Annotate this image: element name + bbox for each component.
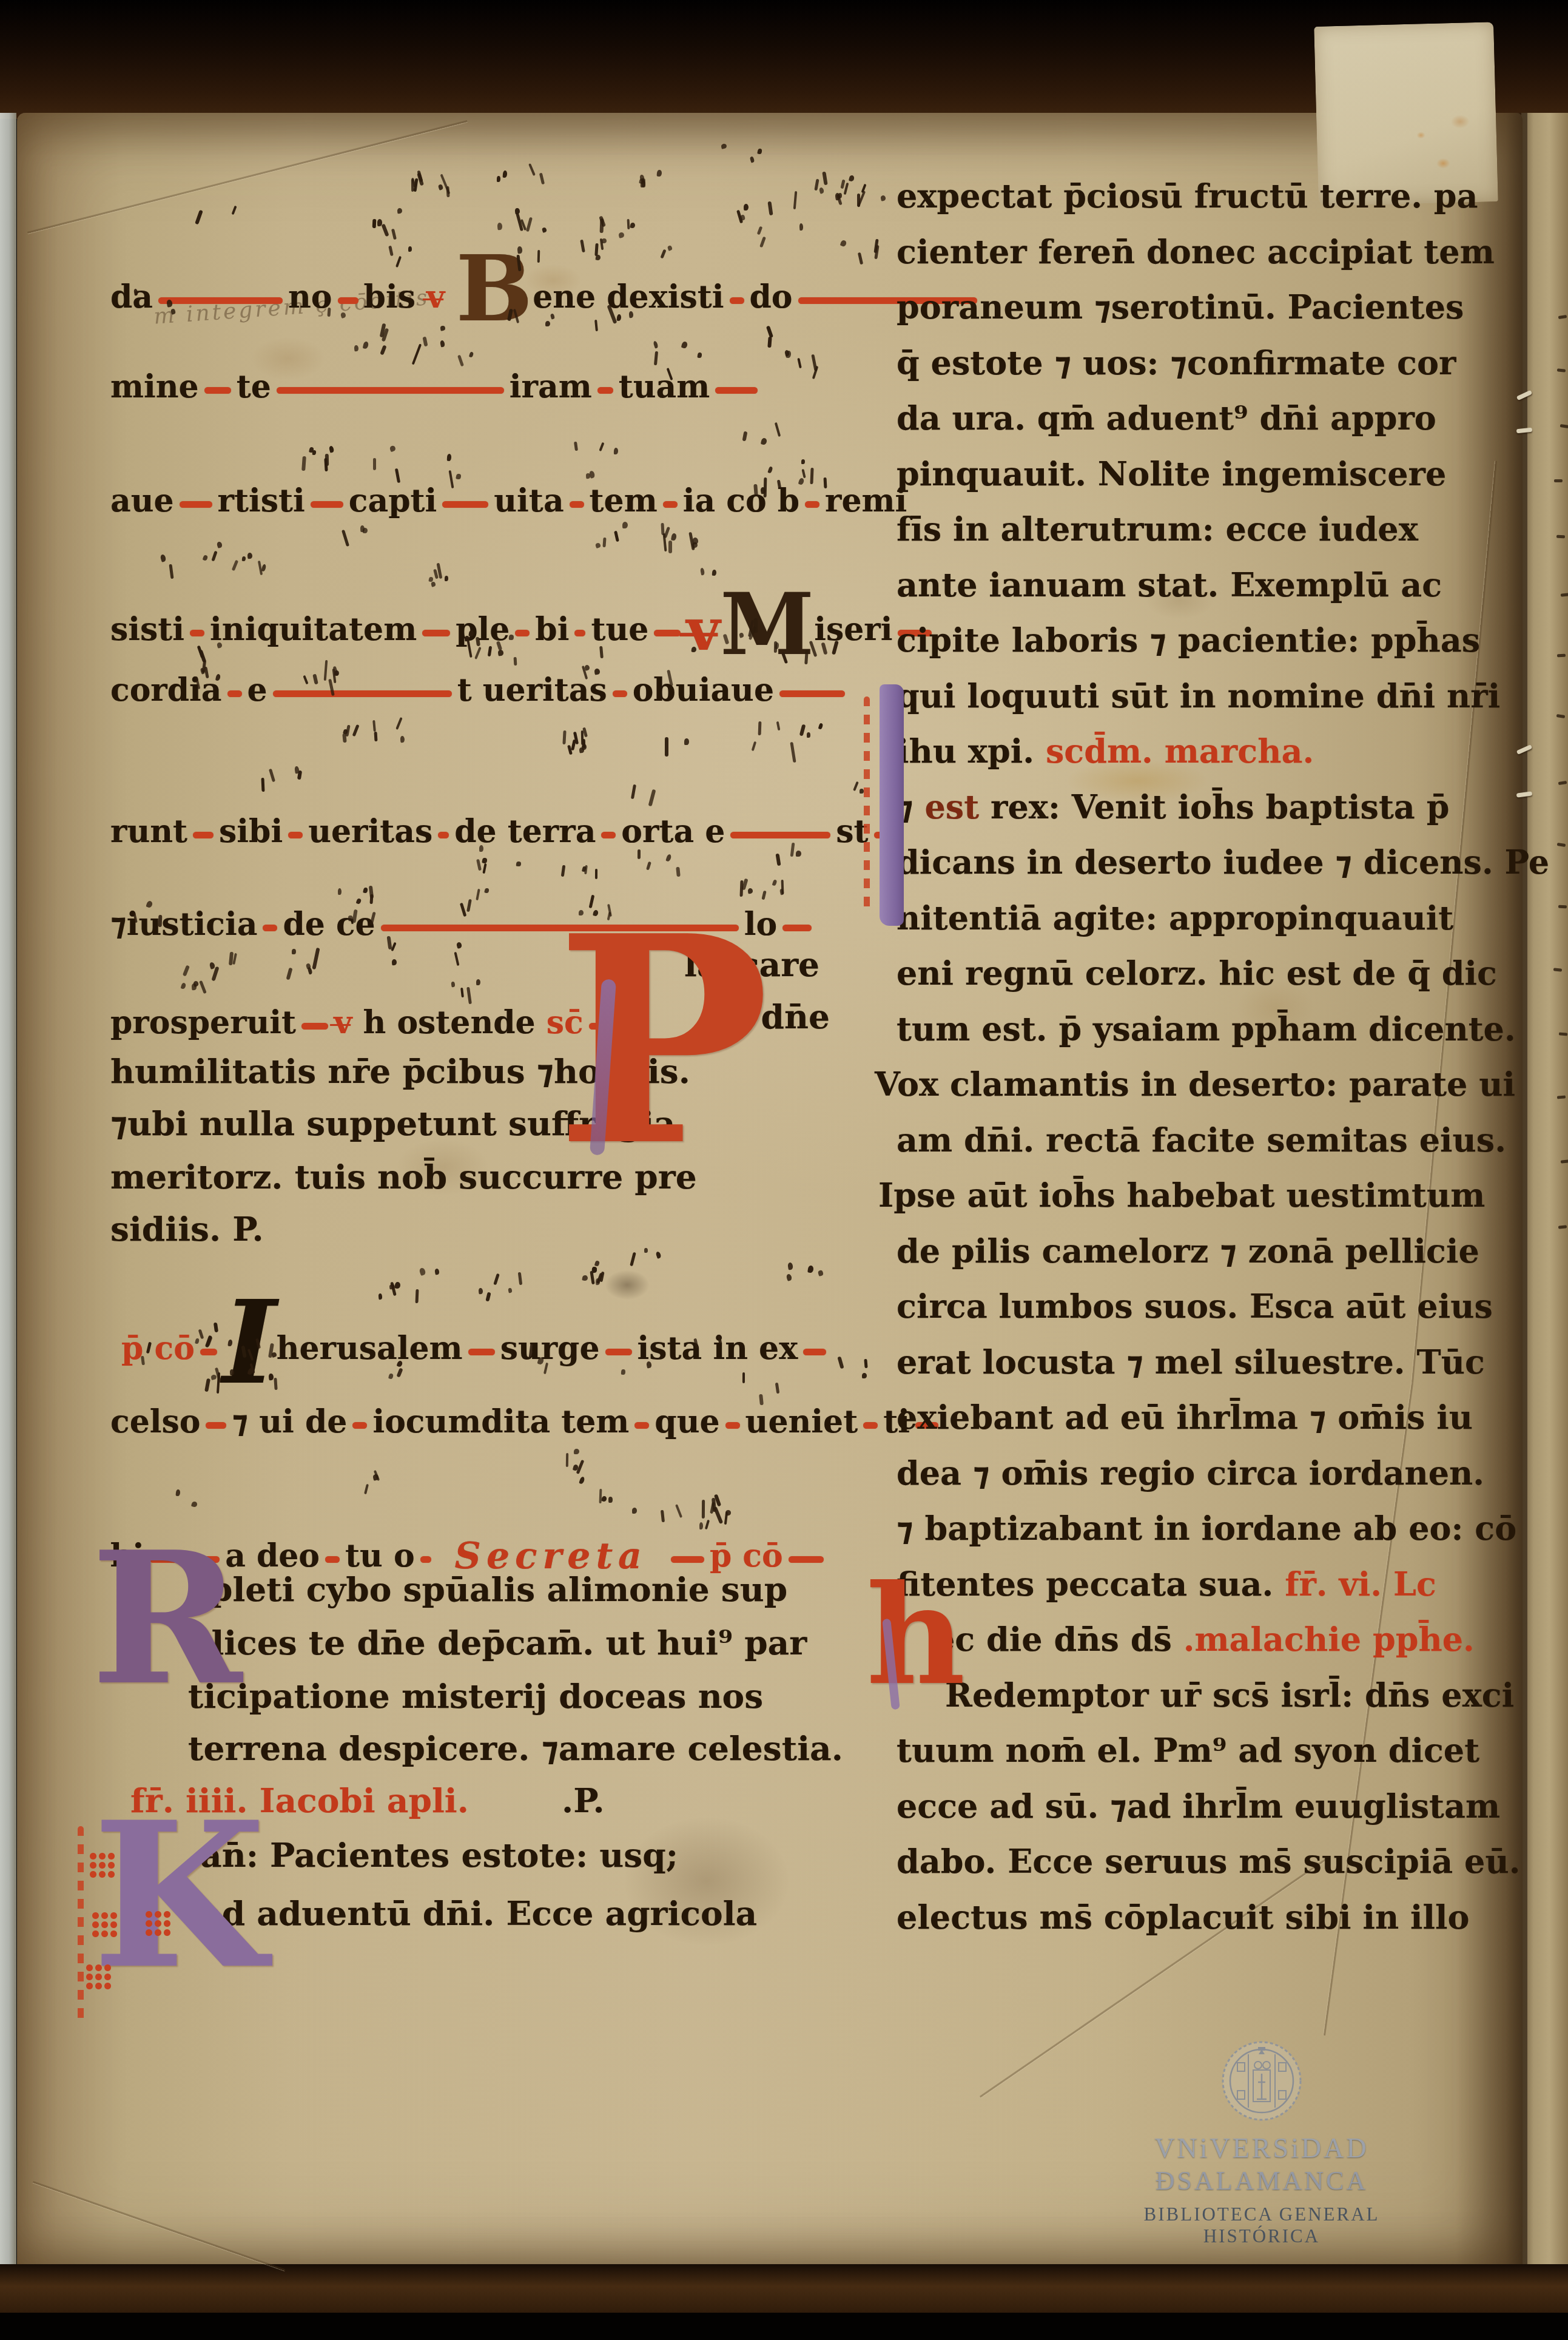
initial-dot-ornament bbox=[91, 1911, 118, 1938]
manuscript-text: de terra bbox=[454, 816, 596, 848]
manuscript-text: iram bbox=[510, 371, 592, 403]
initial-H: h bbox=[866, 1581, 966, 1690]
manuscript-text: ⁊ ui de bbox=[232, 1406, 347, 1438]
lesson-line: fitentes peccata sua. fr̄. vi. Lc bbox=[897, 1568, 1436, 1600]
manuscript-text: B bbox=[456, 243, 533, 334]
chant-line: auertisticaptiuitatemia co bremi bbox=[110, 485, 907, 517]
red-filler-line bbox=[789, 1556, 824, 1563]
manuscript-text: rtisti bbox=[218, 485, 305, 517]
manuscript-text: remi bbox=[825, 485, 907, 517]
chant-line: sistiiniquitatemplebituev̶Miseri bbox=[110, 587, 937, 672]
lesson-line: da ura. qm̄ aduent⁹ dn̄i appro bbox=[897, 402, 1436, 434]
adjacent-page-text-edge bbox=[1554, 479, 1563, 482]
red-filler-line bbox=[671, 1556, 704, 1563]
manuscript-text: Redemptor ur̄ scs̄ isrl̄: dn̄s exci bbox=[945, 1679, 1514, 1711]
red-filler-line bbox=[730, 297, 744, 304]
lesson-line: ante ianuam stat. Exemplū ac bbox=[897, 568, 1442, 601]
lesson-line: q̄ estote ⁊ uos: ⁊confirmate cor bbox=[897, 346, 1456, 379]
lesson-line: pinquauit. Nolite ingemiscere bbox=[897, 457, 1446, 490]
red-filler-line bbox=[273, 690, 452, 697]
lesson-line: ⁊ baptizabant in iordane ab eo: cō bbox=[897, 1512, 1516, 1545]
lesson-line: ec die dn̄s ds̄ .malachie pph̄e. bbox=[934, 1623, 1475, 1656]
chant-line: celso⁊ ui deiocumdita temqueuenietti bbox=[110, 1406, 944, 1438]
red-filler-line bbox=[227, 690, 242, 697]
chant-line: cordiaet ueritasobuiaue bbox=[110, 675, 850, 706]
manuscript-text: tu o bbox=[345, 1540, 415, 1572]
red-filler-line bbox=[338, 297, 358, 304]
rubric-text: v̶ bbox=[686, 601, 720, 659]
prayer-line: sidiis. P. bbox=[110, 1212, 264, 1246]
manuscript-text: dea ⁊ om̄is regio circa iordanen. bbox=[897, 1457, 1484, 1489]
chant-line: runtsibiueritasde terraorta est bbox=[110, 816, 903, 848]
manuscript-text: mine bbox=[110, 371, 199, 403]
adjacent-page-text-edge bbox=[1561, 1159, 1568, 1163]
manuscript-text: e bbox=[247, 675, 268, 706]
red-filler-line bbox=[420, 1556, 431, 1563]
manuscript-text: sibi bbox=[219, 816, 283, 848]
initial-R: R bbox=[91, 1546, 242, 1691]
manuscript-text: electus ms̄ cōplacuit sibi in illo bbox=[897, 1901, 1470, 1934]
red-filler-line bbox=[193, 832, 214, 838]
manuscript-text: epleti cybo spūalis alimonie sup bbox=[188, 1573, 787, 1606]
adjacent-page-text-edge bbox=[1557, 654, 1566, 658]
chant-line: danobis v̶ Bene dexistido bbox=[110, 252, 983, 343]
manuscript-text: fīs in alterutrum: ecce iudex bbox=[897, 513, 1418, 545]
lesson-line: qui loquuti sūt in nomine dn̄i nr̄i bbox=[897, 679, 1500, 712]
initial-dot-ornament bbox=[85, 1963, 112, 1990]
red-filler-line bbox=[730, 832, 830, 838]
manuscript-text: ec die dn̄s ds̄ bbox=[934, 1623, 1183, 1656]
rubric-text: p̄ cō bbox=[121, 1333, 195, 1364]
adjacent-page-text-edge bbox=[1561, 593, 1568, 596]
lesson-line: erat locusta ⁊ mel siluestre. Tūc bbox=[897, 1346, 1485, 1378]
red-filler-line bbox=[515, 630, 530, 636]
prayer-line: plices te dn̄e dep̄cam̄. ut hui⁹ par bbox=[188, 1626, 807, 1659]
lesson-line: dicans in deserto iudee ⁊ dicens. Pe bbox=[897, 846, 1549, 878]
lesson-line: ihu xpi. scd̄m. marcha. bbox=[897, 735, 1314, 767]
red-filler-line bbox=[613, 690, 627, 697]
manuscript-text: surge bbox=[500, 1333, 600, 1364]
red-filler-line bbox=[597, 387, 613, 394]
prayer-line: epleti cybo spūalis alimonie sup bbox=[188, 1573, 787, 1606]
initial-dot-ornament bbox=[89, 1852, 115, 1878]
manuscript-text: iseri bbox=[814, 614, 892, 646]
lesson-line: cienter feren̄ donec accipiat tem bbox=[897, 235, 1495, 268]
red-filler-line bbox=[180, 501, 212, 508]
rubric-text: v̶ bbox=[416, 282, 456, 313]
manuscript-text: ticipatione misterij doceas nos bbox=[188, 1679, 763, 1713]
rubric-text: .malachie pph̄e. bbox=[1183, 1623, 1475, 1656]
manuscript-text: da bbox=[110, 282, 153, 313]
red-filler-line bbox=[422, 630, 450, 636]
manuscript-text: h ostende bbox=[363, 1007, 535, 1039]
manuscript-text: bis bbox=[364, 282, 416, 313]
lesson-line: fīs in alterutrum: ecce iudex bbox=[897, 513, 1418, 545]
lesson-line: tum est. p̄ ysaiam pph̄am dicente. bbox=[897, 1013, 1516, 1045]
red-filler-line bbox=[570, 501, 584, 508]
manuscript-text: erat locusta ⁊ mel siluestre. Tūc bbox=[897, 1346, 1485, 1378]
red-filler-line bbox=[190, 630, 204, 636]
page-marker-strip bbox=[0, 113, 16, 2270]
manuscript-text: qui loquuti sūt in nomine dn̄i nr̄i bbox=[897, 679, 1500, 712]
red-filler-line bbox=[277, 387, 504, 394]
red-filler-line bbox=[200, 1349, 217, 1355]
manuscript-text: cienter feren̄ donec accipiat tem bbox=[897, 235, 1495, 268]
initial-P: P bbox=[556, 927, 770, 1155]
chant-line: mineteiramtuam bbox=[110, 371, 763, 403]
manuscript-text: plices te dn̄e dep̄cam̄. ut hui⁹ par bbox=[188, 1626, 807, 1659]
background-bottom bbox=[0, 2313, 1568, 2340]
manuscript-text: te bbox=[237, 371, 271, 403]
initial-dot-ornament bbox=[144, 1910, 171, 1937]
manuscript-text: an̄: Pacientes estote: usq; bbox=[200, 1838, 678, 1872]
manuscript-text: tuum nom̄ el. Pm⁹ ad syon dicet bbox=[897, 1734, 1479, 1767]
manuscript-text: ⁊ baptizabant in iordane ab eo: cō bbox=[897, 1512, 1516, 1545]
prayer-line: terrena despicere. ⁊amare celestia. bbox=[188, 1731, 843, 1765]
red-filler-line bbox=[288, 832, 303, 838]
red-filler-line bbox=[263, 925, 277, 931]
red-filler-line bbox=[442, 501, 488, 508]
red-filler-line bbox=[601, 832, 616, 838]
lesson-line: Ipse aūt ioh̄s habebat uestimtum bbox=[878, 1179, 1485, 1212]
manuscript-text: rex: Venit ioh̄s baptista p̄ bbox=[979, 791, 1449, 823]
manuscript-text: Ipse aūt ioh̄s habebat uestimtum bbox=[878, 1179, 1485, 1212]
manuscript-text: capti bbox=[349, 485, 437, 517]
manuscript-text: exiebant ad eū ihrl̄ma ⁊ om̄is iu bbox=[897, 1401, 1473, 1434]
initial-flourish bbox=[78, 1826, 84, 2026]
manuscript-text: ista in ex bbox=[638, 1333, 798, 1364]
manuscript-text: da ura. qm̄ aduent⁹ dn̄i appro bbox=[897, 402, 1436, 434]
manuscript-text: obuiaue bbox=[633, 675, 774, 706]
lesson-line: exiebant ad eū ihrl̄ma ⁊ om̄is iu bbox=[897, 1401, 1473, 1434]
adjacent-page-text-edge bbox=[1556, 535, 1564, 539]
rubric-text: p̄ cō bbox=[710, 1540, 783, 1572]
red-filler-line bbox=[725, 1422, 740, 1429]
manuscript-photo: m integrem ç cōditis VNiVERSiDAD ÐSALAMA… bbox=[0, 0, 1568, 2340]
adjacent-page-text-edge bbox=[1559, 1032, 1567, 1036]
lesson-line: poraneum ⁊serotinū. Pacientes bbox=[897, 291, 1464, 323]
red-filler-line bbox=[605, 1349, 632, 1355]
manuscript-text: iocumdita tem bbox=[372, 1406, 629, 1438]
manuscript-text: que bbox=[654, 1406, 719, 1438]
manuscript-text: ueniet bbox=[745, 1406, 858, 1438]
manuscript-text: est bbox=[925, 791, 980, 823]
lesson-line: de pilis camelorz ⁊ zonā pellicie bbox=[897, 1235, 1479, 1267]
manuscript-text: sidiis. P. bbox=[110, 1212, 264, 1246]
manuscript-text: cordia bbox=[110, 675, 222, 706]
red-filler-line bbox=[158, 297, 283, 304]
lesson-line: eni regnū celorz. hic est de q̄ dic bbox=[897, 957, 1497, 990]
initial-I-purple bbox=[880, 684, 904, 926]
rubric-text: fr̄. vi. Lc bbox=[1285, 1568, 1436, 1600]
red-filler-line bbox=[654, 630, 681, 636]
manuscript-text: am dn̄i. rectā facite semitas eius. bbox=[897, 1124, 1506, 1156]
lesson-line: Redemptor ur̄ scs̄ isrl̄: dn̄s exci bbox=[945, 1679, 1514, 1711]
red-filler-line bbox=[301, 1023, 328, 1030]
manuscript-text: de ce bbox=[283, 909, 375, 940]
adjacent-page-edge bbox=[1521, 113, 1568, 2270]
manuscript-text: de pilis camelorz ⁊ zonā pellicie bbox=[897, 1235, 1479, 1267]
manuscript-text: orta e bbox=[621, 816, 725, 848]
manuscript-text: ad aduentū dn̄i. Ecce agricola bbox=[200, 1897, 757, 1930]
red-filler-line bbox=[805, 501, 819, 508]
initial-K: K bbox=[92, 1815, 266, 1975]
manuscript-text: ⁊iusticia bbox=[110, 909, 257, 940]
lesson-line: electus ms̄ cōplacuit sibi in illo bbox=[897, 1901, 1470, 1934]
manuscript-text: prosperuit bbox=[110, 1007, 296, 1039]
lesson-line: expectat p̄ciosū fructū terre. pa bbox=[897, 180, 1478, 212]
red-filler-line bbox=[634, 1422, 649, 1429]
chant-line: prosperuitv̶ h ostende sc̄ bbox=[110, 1007, 605, 1039]
manuscript-text: I bbox=[223, 1285, 277, 1400]
lesson-line: ⁊ est rex: Venit ioh̄s baptista p̄ bbox=[897, 791, 1449, 823]
manuscript-text: dicans in deserto iudee ⁊ dicens. Pe bbox=[897, 846, 1549, 878]
manuscript-text: M bbox=[720, 582, 814, 667]
red-filler-line bbox=[574, 630, 585, 636]
lesson-line: cipite laboris ⁊ pacientie: pph̄as bbox=[897, 624, 1480, 656]
red-filler-line bbox=[438, 832, 449, 838]
red-filler-line bbox=[311, 501, 343, 508]
prayer-line: ticipatione misterij doceas nos bbox=[188, 1679, 763, 1713]
manuscript-text: ante ianuam stat. Exemplū ac bbox=[897, 568, 1442, 601]
lesson-line: Vox clamantis in deserto: parate ui bbox=[875, 1068, 1515, 1101]
manuscript-text: .P. bbox=[469, 1784, 605, 1817]
prayer-line: an̄: Pacientes estote: usq; bbox=[200, 1838, 678, 1872]
lesson-line: dabo. Ecce seruus ms̄ suscipiā eū. bbox=[897, 1845, 1520, 1878]
initial-flourish bbox=[864, 696, 870, 914]
rubric-text: scd̄m. marcha. bbox=[1046, 735, 1314, 767]
adjacent-page-text-edge bbox=[1556, 1095, 1565, 1099]
manuscript-text: ia co b bbox=[683, 485, 799, 517]
lesson-line: tuum nom̄ el. Pm⁹ ad syon dicet bbox=[897, 1734, 1479, 1767]
lesson-line: nitentiā agite: appropinquauit bbox=[897, 902, 1453, 934]
manuscript-text: ene dexisti bbox=[533, 282, 724, 313]
manuscript-text: terrena despicere. ⁊amare celestia. bbox=[188, 1731, 843, 1765]
manuscript-text: t ueritas bbox=[457, 675, 607, 706]
red-filler-line bbox=[663, 501, 678, 508]
manuscript-text: tue bbox=[591, 614, 648, 646]
manuscript-text: ple bbox=[456, 614, 510, 646]
lesson-line: am dn̄i. rectā facite semitas eius. bbox=[897, 1124, 1506, 1156]
prayer-line: ad aduentū dn̄i. Ecce agricola bbox=[200, 1897, 757, 1930]
manuscript-text: nitentiā agite: appropinquauit bbox=[897, 902, 1453, 934]
manuscript-text: ueritas bbox=[308, 816, 432, 848]
manuscript-text: eni regnū celorz. hic est de q̄ dic bbox=[897, 957, 1497, 990]
manuscript-text: do bbox=[750, 282, 793, 313]
manuscript-text: poraneum ⁊serotinū. Pacientes bbox=[897, 291, 1464, 323]
manuscript-text: celso bbox=[110, 1406, 200, 1438]
rubric-text: v̶ bbox=[334, 1007, 363, 1039]
red-filler-line bbox=[782, 925, 812, 931]
red-filler-line bbox=[206, 1422, 226, 1429]
manuscript-text: Vox clamantis in deserto: parate ui bbox=[875, 1068, 1515, 1101]
manuscript-text: circa lumbos suos. Esca aūt eius bbox=[897, 1290, 1493, 1323]
red-filler-line bbox=[715, 387, 758, 394]
manuscript-text: herusalem bbox=[277, 1333, 463, 1364]
lesson-line: ecce ad sū. ⁊ad ihrl̄m euuglistam bbox=[897, 1790, 1500, 1822]
manuscript-text: tuam bbox=[619, 371, 710, 403]
manuscript-text: runt bbox=[110, 816, 187, 848]
lesson-line: circa lumbos suos. Esca aūt eius bbox=[897, 1290, 1493, 1323]
manuscript-text: uita bbox=[494, 485, 564, 517]
manuscript-text: expectat p̄ciosū fructū terre. pa bbox=[897, 180, 1478, 212]
manuscript-text: no bbox=[288, 282, 332, 313]
manuscript-text: iniquitatem bbox=[210, 614, 417, 646]
red-filler-line bbox=[325, 1556, 340, 1563]
manuscript-text: bi bbox=[535, 614, 569, 646]
chant-line: p̄ cōIherusalemsurgeista in ex bbox=[121, 1291, 832, 1406]
red-filler-line bbox=[803, 1349, 826, 1355]
red-filler-line bbox=[468, 1349, 495, 1355]
manuscript-text: pinquauit. Nolite ingemiscere bbox=[897, 457, 1446, 490]
manuscript-text: sisti bbox=[110, 614, 184, 646]
manuscript-text: q̄ estote ⁊ uos: ⁊confirmate cor bbox=[897, 346, 1456, 379]
lesson-line: dea ⁊ om̄is regio circa iordanen. bbox=[897, 1457, 1484, 1489]
manuscript-text: cipite laboris ⁊ pacientie: pph̄as bbox=[897, 624, 1480, 656]
red-filler-line bbox=[352, 1422, 367, 1429]
red-filler-line bbox=[779, 690, 845, 697]
manuscript-text: aue bbox=[110, 485, 174, 517]
rubric-text: Secreta bbox=[437, 1538, 665, 1574]
adjacent-page-text-edge bbox=[1558, 905, 1566, 909]
manuscript-text: dabo. Ecce seruus ms̄ suscipiā eū. bbox=[897, 1845, 1520, 1878]
red-filler-line bbox=[204, 387, 231, 394]
manuscript-text: ihu xpi. bbox=[897, 735, 1046, 767]
manuscript-text: ecce ad sū. ⁊ad ihrl̄m euuglistam bbox=[897, 1790, 1500, 1822]
manuscript-text: tem bbox=[590, 485, 658, 517]
manuscript-text: tum est. p̄ ysaiam pph̄am dicente. bbox=[897, 1013, 1516, 1045]
red-filler-line bbox=[863, 1422, 878, 1429]
